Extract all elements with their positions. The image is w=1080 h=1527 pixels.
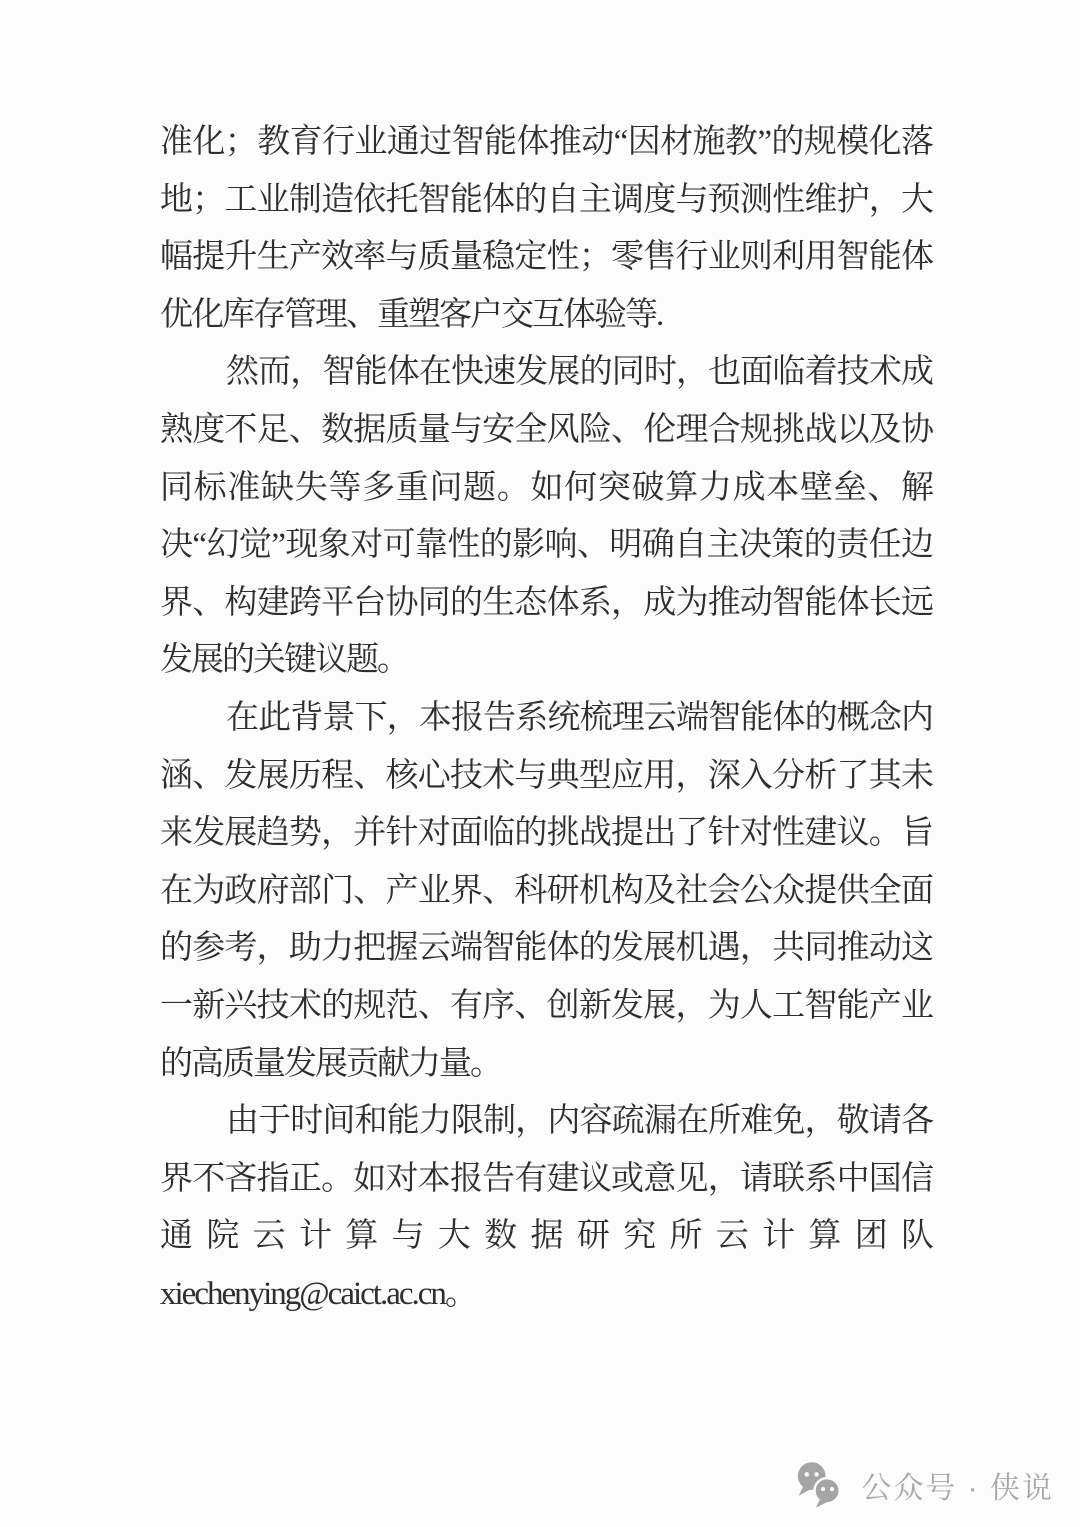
page-text-block: 准化；教育行业通过智能体推动“因材施教”的规模化落地；工业制造依托智能体的自主调… [160, 114, 932, 1323]
document-page: 准化；教育行业通过智能体推动“因材施教”的规模化落地；工业制造依托智能体的自主调… [0, 0, 1080, 1527]
watermark-label: 公众号 · 侠说 [861, 1463, 1054, 1507]
watermark: 公众号 · 侠说 [793, 1459, 1054, 1511]
paragraph: 然而，智能体在快速发展的同时，也面临着技术成熟度不足、数据质量与安全风险、伦理合… [160, 344, 932, 690]
paragraph: 准化；教育行业通过智能体推动“因材施教”的规模化落地；工业制造依托智能体的自主调… [160, 114, 932, 344]
paragraph: 在此背景下，本报告系统梳理云端智能体的概念内涵、发展历程、核心技术与典型应用，深… [160, 690, 932, 1093]
paragraph-with-contact-email: 由于时间和能力限制，内容疏漏在所难免，敬请各界不吝指正。如对本报告有建议或意见，… [160, 1093, 932, 1323]
wechat-icon [793, 1459, 845, 1511]
